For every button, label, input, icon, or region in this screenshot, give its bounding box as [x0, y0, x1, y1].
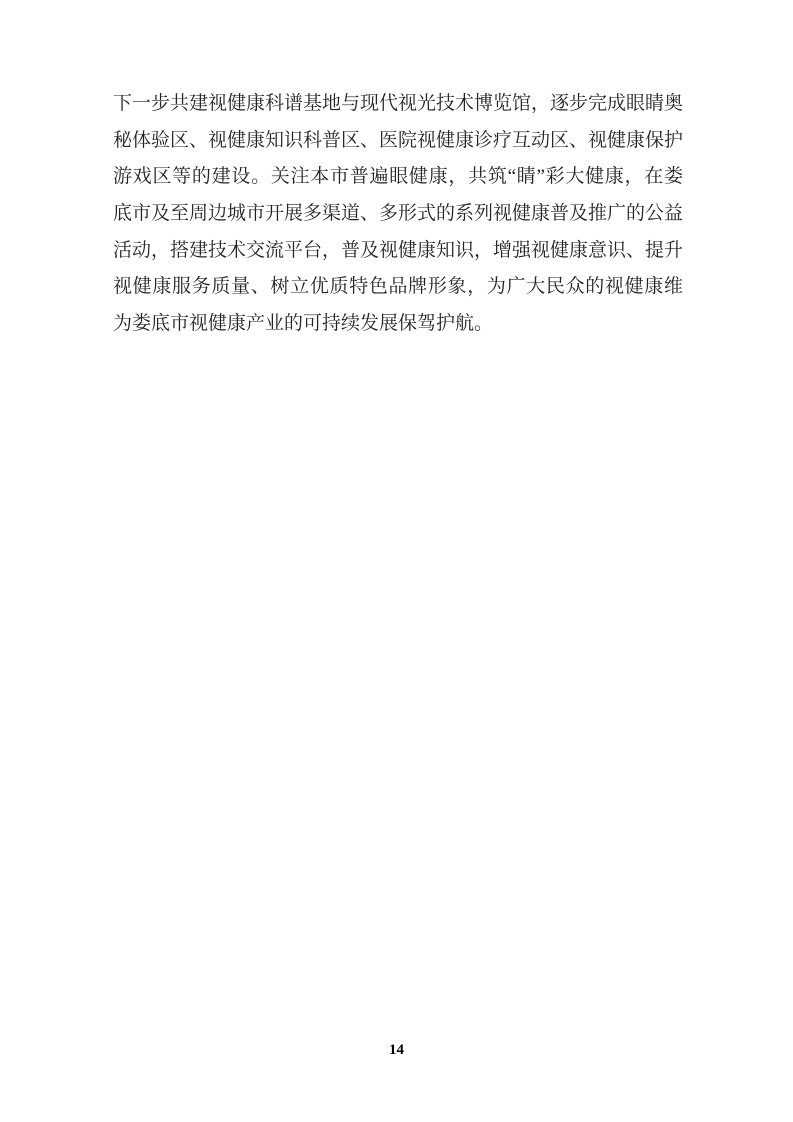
paragraph-line: 活动，搭建技术交流平台，普及视健康知识，增强视健康意识、提升 — [113, 233, 683, 270]
body-paragraph: 下一步共建视健康科谱基地与现代视光技术博览馆，逐步完成眼睛奥 秘体验区、视健康知… — [113, 86, 683, 343]
paragraph-line: 视健康服务质量、树立优质特色品牌形象，为广大民众的视健康维护、 — [113, 269, 683, 306]
paragraph-line: 游戏区等的建设。关注本市普遍眼健康，共筑“睛”彩大健康，在娄 — [113, 159, 683, 196]
page-footer: 14 — [0, 1041, 793, 1059]
paragraph-line: 秘体验区、视健康知识科普区、医院视健康诊疗互动区、视健康保护 — [113, 123, 683, 160]
paragraph-line: 底市及至周边城市开展多渠道、多形式的系列视健康普及推广的公益 — [113, 196, 683, 233]
paragraph-line: 下一步共建视健康科谱基地与现代视光技术博览馆，逐步完成眼睛奥 — [113, 86, 683, 123]
page-number: 14 — [389, 1042, 404, 1058]
document-page: 下一步共建视健康科谱基地与现代视光技术博览馆，逐步完成眼睛奥 秘体验区、视健康知… — [0, 0, 793, 1122]
paragraph-line: 为娄底市视健康产业的可持续发展保驾护航。 — [113, 306, 683, 343]
